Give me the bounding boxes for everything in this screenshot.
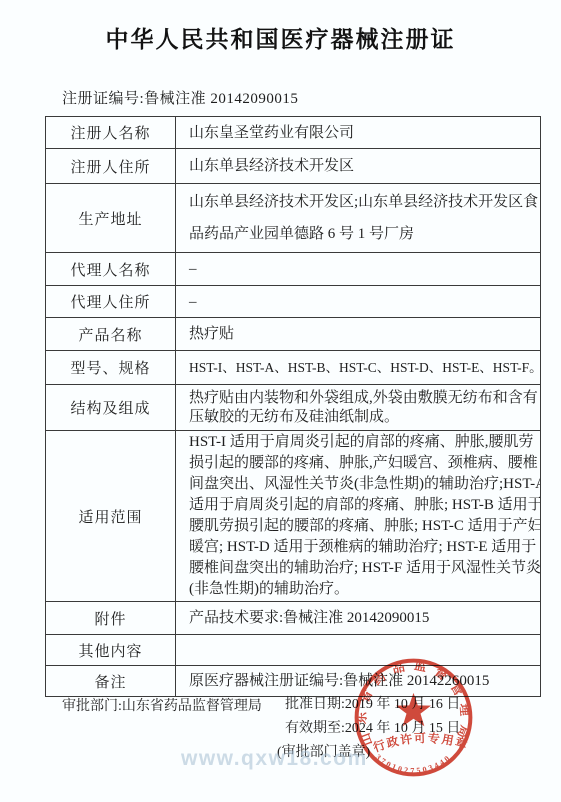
row-value: – (176, 253, 541, 286)
svg-text:3701027503440: 3701027503440 (374, 753, 453, 776)
row-label: 产品名称 (46, 318, 176, 351)
row-label: 生产地址 (46, 184, 176, 253)
row-product-name: 产品名称 热疗贴 (46, 318, 541, 351)
seal-number-text: 3701027503440 (374, 753, 453, 776)
row-value: HST-I 适用于肩周炎引起的肩部的疼痛、肿胀,腰肌劳 损引起的腰部的疼痛、肿胀… (176, 431, 541, 602)
row-label: 注册人住所 (46, 149, 176, 184)
page-title: 中华人民共和国医疗器械注册证 (0, 21, 561, 54)
row-label: 型号、规格 (46, 351, 176, 385)
row-label: 适用范围 (46, 431, 176, 602)
cert-number-value: 鲁械注准 20142090015 (144, 91, 298, 107)
row-intended-use: 适用范围 HST-I 适用于肩周炎引起的肩部的疼痛、肿胀,腰肌劳 损引起的腰部的… (46, 431, 541, 602)
row-value: 山东单县经济技术开发区;山东单县经济技术开发区食 品药品产业园单德路 6 号 1… (176, 184, 541, 253)
cert-number-line: 注册证编号:鲁械注准 20142090015 (62, 87, 298, 108)
valid-until-label: 有效期至: (285, 721, 345, 736)
registration-table: 注册人名称 山东皇圣堂药业有限公司 注册人住所 山东单县经济技术开发区 生产地址… (45, 116, 541, 697)
row-attachment: 附件 产品技术要求:鲁械注准 20142090015 (46, 602, 541, 635)
row-value: – (176, 286, 541, 318)
row-value: 热疗贴由内装物和外袋组成,外袋由敷膜无纺布和含有 压敏胶的无纺布及硅油纸制成。 (176, 385, 541, 431)
official-seal-stamp: 山东省药品监督管理局 行政许可专用章 3701027503440 (352, 656, 475, 779)
approval-department-line: 审批部门:山东省药品监督管理局 (62, 695, 262, 715)
row-value: 产品技术要求:鲁械注准 20142090015 (176, 602, 541, 635)
row-value: 山东单县经济技术开发区 (176, 149, 541, 184)
row-structure-composition: 结构及组成 热疗贴由内装物和外袋组成,外袋由敷膜无纺布和含有 压敏胶的无纺布及硅… (46, 385, 541, 431)
row-label: 附件 (46, 602, 176, 635)
row-label: 代理人名称 (46, 253, 176, 286)
svg-text:行政许可专用章: 行政许可专用章 (371, 731, 470, 755)
row-label: 其他内容 (46, 635, 176, 666)
approval-department-value: 山东省药品监督管理局 (122, 699, 262, 714)
certificate-page: 中华人民共和国医疗器械注册证 注册证编号:鲁械注准 20142090015 注册… (0, 0, 561, 802)
watermark-text: www.qxw18.com (181, 747, 368, 771)
approve-date-label: 批准日期: (285, 697, 345, 712)
row-label: 结构及组成 (46, 385, 176, 431)
row-label: 备注 (46, 666, 176, 697)
row-label: 注册人名称 (46, 117, 176, 149)
star-icon (396, 693, 431, 726)
row-registrant-name: 注册人名称 山东皇圣堂药业有限公司 (46, 117, 541, 149)
seal-permit-text: 行政许可专用章 (371, 731, 470, 755)
row-value: 热疗贴 (176, 318, 541, 351)
row-agent-address: 代理人住所 – (46, 286, 541, 318)
row-production-address: 生产地址 山东单县经济技术开发区;山东单县经济技术开发区食 品药品产业园单德路 … (46, 184, 541, 253)
row-model-spec: 型号、规格 HST-I、HST-A、HST-B、HST-C、HST-D、HST-… (46, 351, 541, 385)
row-value: 山东皇圣堂药业有限公司 (176, 117, 541, 149)
approval-department-label: 审批部门: (62, 699, 122, 714)
row-agent-name: 代理人名称 – (46, 253, 541, 286)
row-label: 代理人住所 (46, 286, 176, 318)
cert-number-label: 注册证编号: (62, 91, 144, 107)
row-value: HST-I、HST-A、HST-B、HST-C、HST-D、HST-E、HST-… (176, 351, 541, 385)
row-registrant-address: 注册人住所 山东单县经济技术开发区 (46, 149, 541, 184)
